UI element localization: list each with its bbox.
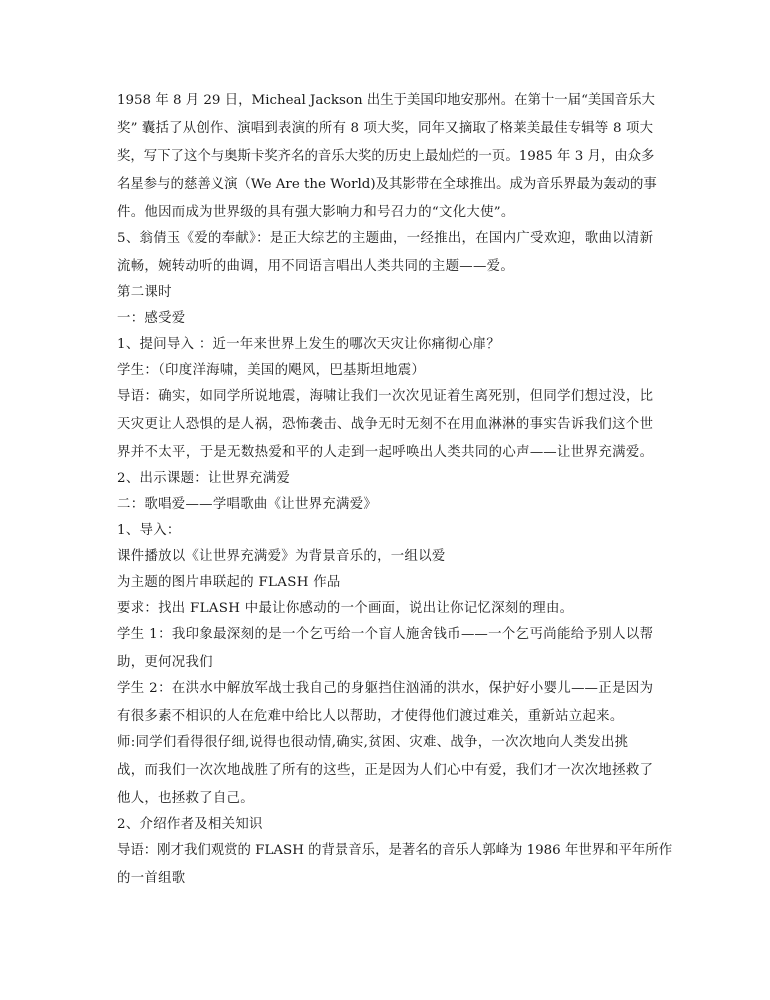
document-text-line: 导语：确实，如同学所说地震，海啸让我们一次次见证着生离死别，但同学们想过没，比 [117, 387, 653, 407]
document-text-line: 战，而我们一次次地战胜了所有的这些，正是因为人们心中有爱，我们才一次次地拯救了 [117, 761, 653, 781]
document-text-line: 为主题的图片串联起的 FLASH 作品 [117, 573, 341, 593]
document-text-line: 他人，也拯救了自己。 [117, 789, 254, 809]
document-text-line: 1、导入： [117, 521, 181, 541]
document-text-line: 课件播放以《让世界充满爱》为背景音乐的，一组以爱 [117, 547, 446, 567]
document-text-line: 名星参与的慈善义演（We Are the World)及其影带在全球推出。成为音… [117, 175, 653, 195]
document-text-line: 二：歌唱爱——学唱歌曲《让世界充满爱》 [117, 495, 377, 515]
document-text-line: 1、提问导入 ：近一年来世界上发生的哪次天灾让你痛彻心扉？ [117, 335, 500, 355]
document-text-line: 件。他因而成为世界级的具有强大影响力和号召力的“文化大使”。 [117, 203, 515, 223]
document-text-line: 2、出示课题：让世界充满爱 [117, 469, 290, 489]
document-text-line: 2、介绍作者及相关知识 [117, 815, 263, 835]
document-text-line: 奖，写下了这个与奥斯卡奖齐名的音乐大奖的历史上最灿烂的一页。1985 年 3 月… [117, 147, 653, 167]
document-text-line: 助，更何况我们 [117, 653, 213, 673]
document-text-line: 流畅，婉转动听的曲调，用不同语言唱出人类共同的主题——爱。 [117, 257, 514, 277]
document-text-line: 5、翁倩玉《爱的奉献》：是正大综艺的主题曲，一经推出，在国内广受欢迎，歌曲以清新 [117, 229, 653, 249]
document-text-line: 一：感受爱 [117, 309, 185, 329]
document-text-line: 1958 年 8 月 29 日，Micheal Jackson 出生于美国印地安… [117, 91, 653, 111]
document-text-line: 第二课时 [117, 283, 172, 303]
document-text-line: 学生 2：在洪水中解放军战士我自己的身躯挡住汹涌的洪水，保护好小婴儿——正是因为 [117, 679, 653, 699]
document-text-line: 要求：找出 FLASH 中最让你感动的一个画面，说出让你记忆深刻的理由。 [117, 599, 573, 619]
document-text-line: 学生：（印度洋海啸，美国的飓风，巴基斯坦地震） [117, 361, 425, 381]
document-text-line: 界并不太平，于是无数热爱和平的人走到一起呼唤出人类共同的心声——让世界充满爱。 [117, 443, 653, 463]
document-text-line: 天灾更让人恐惧的是人祸，恐怖袭击、战争无时无刻不在用血淋淋的事实告诉我们这个世 [117, 415, 653, 435]
document-text-line: 导语：刚才我们观赏的 FLASH 的背景音乐，是著名的音乐人郭峰为 1986 年… [117, 841, 653, 861]
document-text-line: 师:同学们看得很仔细,说得也很动情,确实,贫困、灾难、战争，一次次地向人类发出挑 [117, 733, 628, 753]
document-text-line: 有很多素不相识的人在危难中给比人以帮助，才使得他们渡过难关，重新站立起来。 [117, 707, 624, 727]
document-text-line: 的一首组歌 [117, 869, 185, 889]
document-text-line: 学生 1：我印象最深刻的是一个乞丐给一个盲人施舍钱币——一个乞丐尚能给予别人以帮 [117, 625, 653, 645]
document-text-line: 奖” 囊括了从创作、演唱到表演的所有 8 项大奖，同年又摘取了格莱美最佳专辑等 … [117, 119, 653, 139]
